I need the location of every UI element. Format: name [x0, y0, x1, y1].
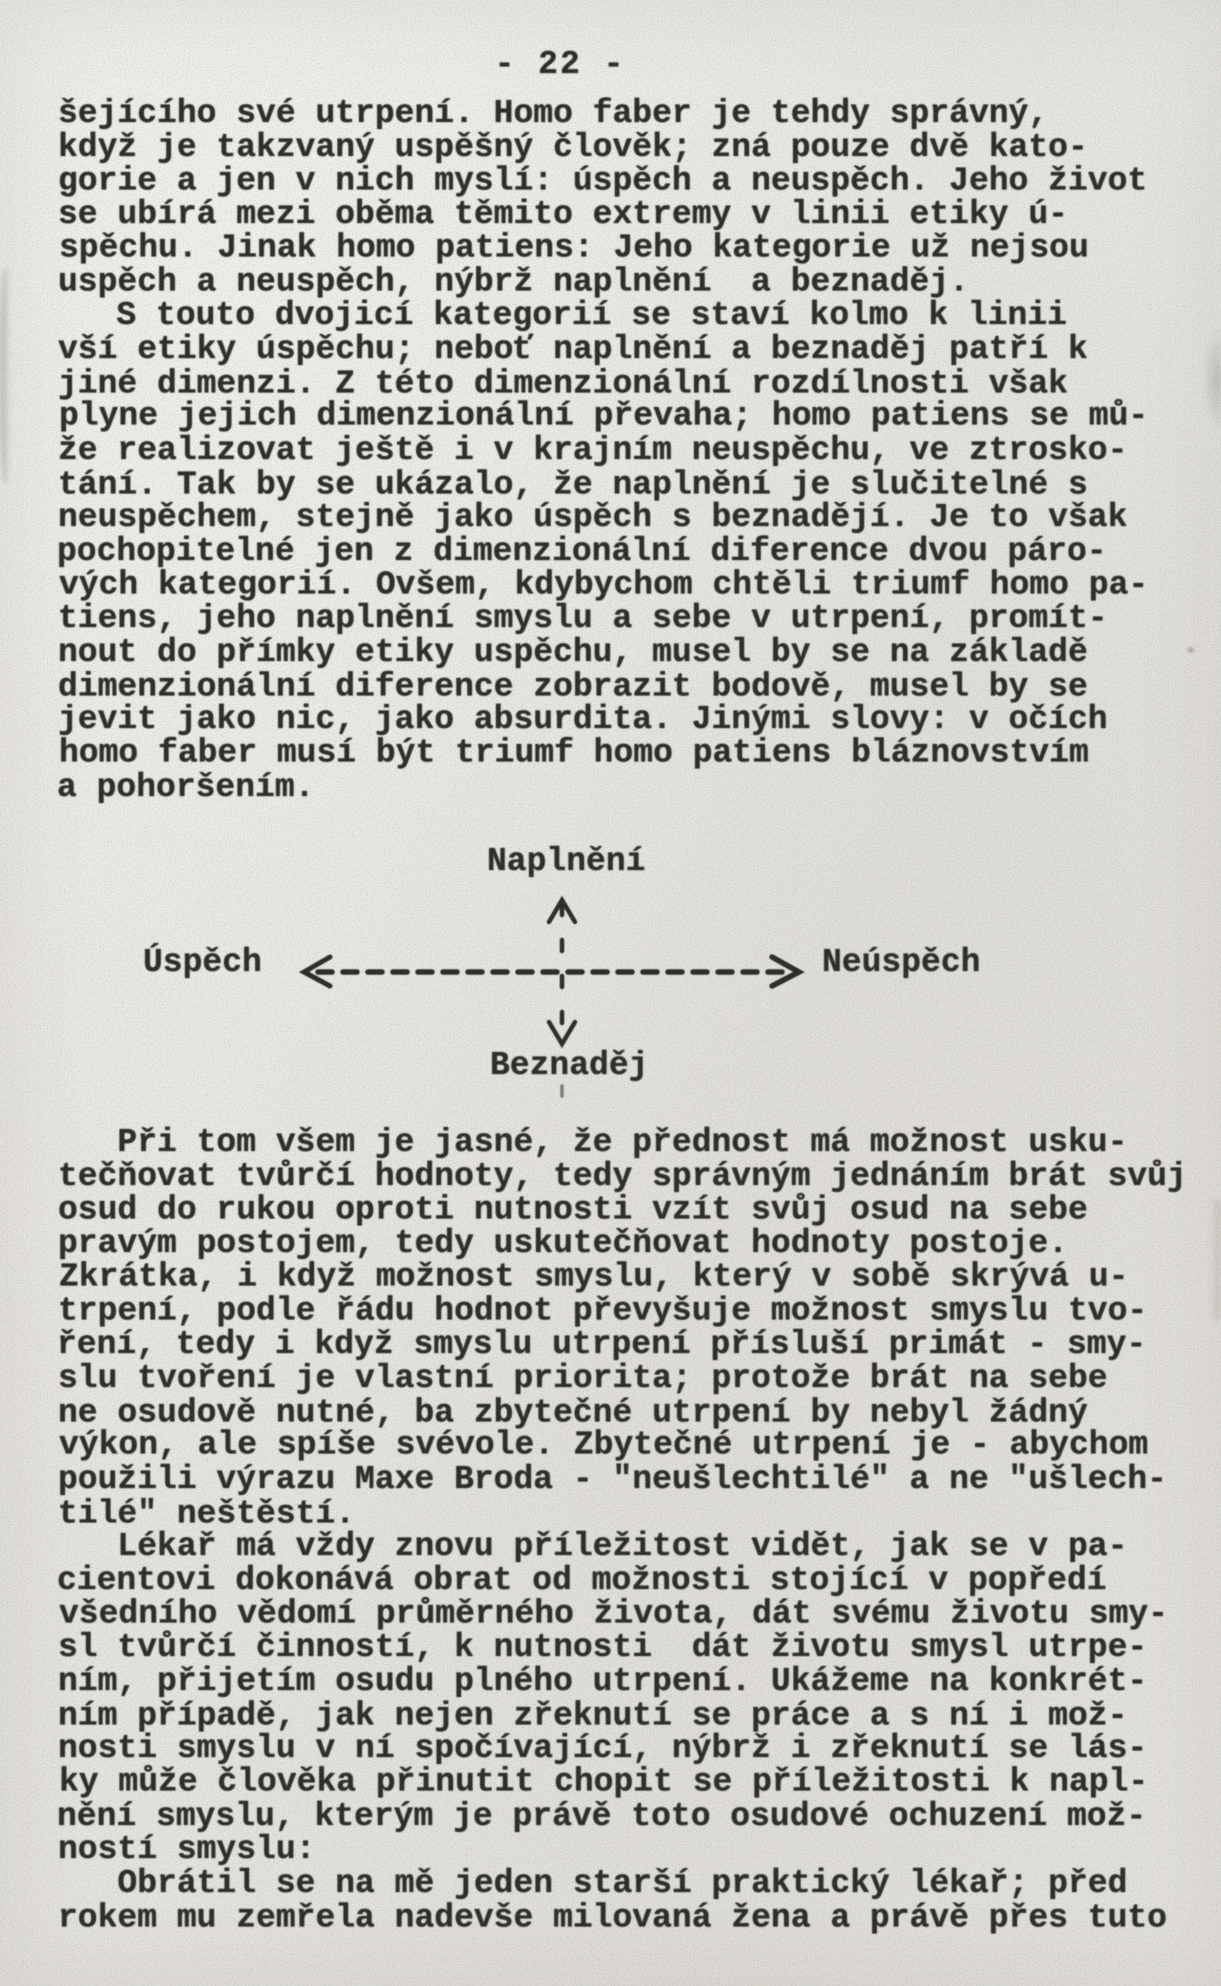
down-arrowhead: [549, 1022, 575, 1044]
text-line: sl tvůrčí činností, k nutnosti dát život…: [58, 1631, 1187, 1665]
text-line: tilé" neštěstí.: [58, 1497, 1187, 1531]
text-line: ření, tedy i když smyslu utrpení přísluš…: [57, 1328, 1186, 1362]
text-line: ním případě, jak nejen zřeknutí se práce…: [58, 1699, 1187, 1733]
scanned-document-page: - 22 - šejícího své utrpení. Homo faber …: [0, 0, 1221, 1986]
text-line: se ubírá mezi oběma těmito extremy v lin…: [58, 198, 1147, 232]
text-line: všedního vědomí průměrného života, dát s…: [59, 1597, 1188, 1631]
text-line: ností smyslu:: [58, 1833, 1187, 1867]
text-line: ním, přijetím osudu plného utrpení. Ukáž…: [58, 1665, 1187, 1699]
typewritten-content: - 22 - šejícího své utrpení. Homo faber …: [0, 0, 1221, 1986]
text-line: Při tom všem je jasné, že přednost má mo…: [58, 1126, 1187, 1160]
text-line: homo faber musí být triumf homo patiens …: [59, 736, 1148, 770]
text-line: použili výrazu Maxe Broda - "neušlechtil…: [58, 1463, 1187, 1497]
text-line: výkon, ale spíše svévole. Zbytečné utrpe…: [59, 1429, 1188, 1463]
text-line: trpení, podle řádu hodnot převyšuje možn…: [58, 1295, 1187, 1329]
text-line: gorie a jen v nich myslí: úspěch a neusp…: [58, 165, 1147, 199]
text-line: vší etiky úspěchu; neboť naplnění a bezn…: [58, 333, 1147, 367]
text-line: nění smyslu, kterým je právě toto osudov…: [57, 1800, 1186, 1834]
text-line: tečňovat tvůrčí hodnoty, tedy správným j…: [58, 1160, 1187, 1194]
text-line: Zkrátka, i když možnost smyslu, který v …: [59, 1260, 1188, 1294]
text-line: a pohoršením.: [57, 771, 1146, 805]
text-line: nout do přímky etiky uspěchu, musel by s…: [58, 636, 1147, 670]
paragraph-block-2: Při tom všem je jasné, že přednost má mo…: [58, 1126, 1187, 1935]
text-line: spěchu. Jinak homo patiens: Jeho kategor…: [59, 231, 1148, 265]
text-line: jiné dimenzi. Z této dimenzionální rozdí…: [58, 367, 1147, 401]
text-line: tání. Tak by se ukázalo, že naplnění je …: [58, 468, 1147, 502]
text-line: ne osudově nutné, ba zbytečné utrpení by…: [58, 1396, 1187, 1430]
text-line: pravým postojem, tedy uskutečňovat hodno…: [58, 1227, 1187, 1261]
text-line: když je takzvaný uspěšný člověk; zná pou…: [58, 131, 1147, 165]
text-line: nosti smyslu v ní spočívající, nýbrž i z…: [58, 1732, 1187, 1766]
page-number: - 22 -: [0, 46, 1120, 83]
text-line: rokem mu zemřela nadevše milovaná žena a…: [58, 1902, 1187, 1936]
text-line: plyne jejich dimenzionální převaha; homo…: [59, 400, 1148, 434]
text-line: jevit jako nic, jako absurdita. Jinými s…: [58, 703, 1147, 737]
text-line: Obrátil se na mě jeden starší praktický …: [58, 1867, 1187, 1901]
text-line: cientovi dokonává obrat od možnosti stoj…: [57, 1564, 1186, 1598]
text-line: Lékař má vždy znovu příležitost vidět, j…: [58, 1530, 1187, 1564]
text-line: šejícího své utrpení. Homo faber je tehd…: [58, 97, 1147, 131]
text-line: neuspěchem, stejně jako úspěch s beznadě…: [58, 501, 1147, 535]
text-line: vých kategorií. Ovšem, kdybychom chtěli …: [59, 568, 1148, 602]
text-line: ky může člověka přinutit chopit se příle…: [59, 1765, 1188, 1799]
text-line: že realizovat ještě i v krajním neuspěch…: [58, 434, 1147, 468]
text-line: pochopitelné jen z dimenzionální diferen…: [57, 535, 1146, 569]
text-line: uspěch a neuspěch, nýbrž naplnění a bezn…: [58, 266, 1147, 300]
text-line: slu tvoření je vlastní priorita; protože…: [58, 1362, 1187, 1396]
text-line: tiens, jeho naplnění smyslu a sebe v utr…: [58, 602, 1147, 636]
paragraph-block-1: šejícího své utrpení. Homo faber je tehd…: [58, 97, 1147, 804]
diagram-axes: [0, 830, 1221, 1120]
text-line: S touto dvojicí kategorií se staví kolmo…: [57, 299, 1146, 333]
text-line: dimenzionální diference zobrazit bodově,…: [58, 670, 1147, 704]
text-line: osud do rukou oproti nutnosti vzít svůj …: [58, 1194, 1187, 1228]
